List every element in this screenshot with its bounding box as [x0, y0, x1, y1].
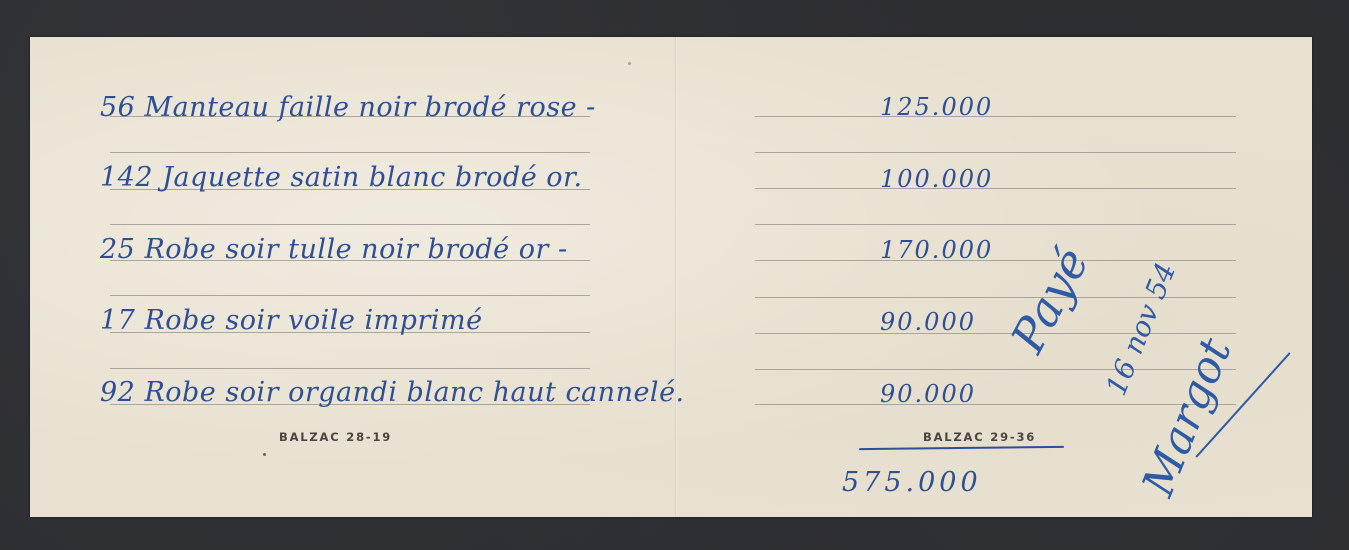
line-item: 56 Manteau faille noir brodé rose - [100, 92, 596, 123]
line-item: 142 Jaquette satin blanc brodé or. [100, 162, 583, 193]
line-item: 25 Robe soir tulle noir brodé or - [100, 234, 568, 265]
ruled-line-right [755, 260, 1236, 261]
line-item-price: 90.000 [880, 308, 976, 336]
total-underline [859, 446, 1064, 450]
line-item: 92 Robe soir organdi blanc haut cannelé. [100, 377, 685, 408]
ruled-line-left [110, 295, 590, 296]
printed-phone-right: BALZAC 29-36 [923, 430, 1036, 444]
paper-speck [628, 62, 631, 65]
ruled-line-left [110, 368, 590, 369]
center-fold [675, 37, 677, 517]
paid-annotation: Payé [1000, 239, 1099, 361]
ruled-line-right [755, 224, 1236, 225]
ruled-line-left [110, 152, 590, 153]
line-item-price: 125.000 [880, 93, 993, 121]
ruled-line-right [755, 152, 1236, 153]
line-item-price: 90.000 [880, 380, 976, 408]
ruled-line-right [755, 333, 1236, 334]
invoice-total: 575.000 [842, 467, 982, 498]
line-item-price: 100.000 [880, 165, 993, 193]
printed-phone-left: BALZAC 28-19 [279, 430, 392, 444]
paper-speck [263, 453, 266, 456]
invoice-paper: 56 Manteau faille noir brodé rose - 142 … [30, 37, 1312, 517]
line-item: 17 Robe soir voile imprimé [100, 305, 483, 336]
paid-date-annotation: 16 nov 54 [1099, 258, 1182, 400]
ruled-line-right [755, 116, 1236, 117]
signature: Margot [1133, 331, 1242, 503]
ruled-line-right [755, 369, 1236, 370]
ruled-line-left [110, 224, 590, 225]
ruled-line-right [755, 188, 1236, 189]
line-item-price: 170.000 [880, 236, 993, 264]
